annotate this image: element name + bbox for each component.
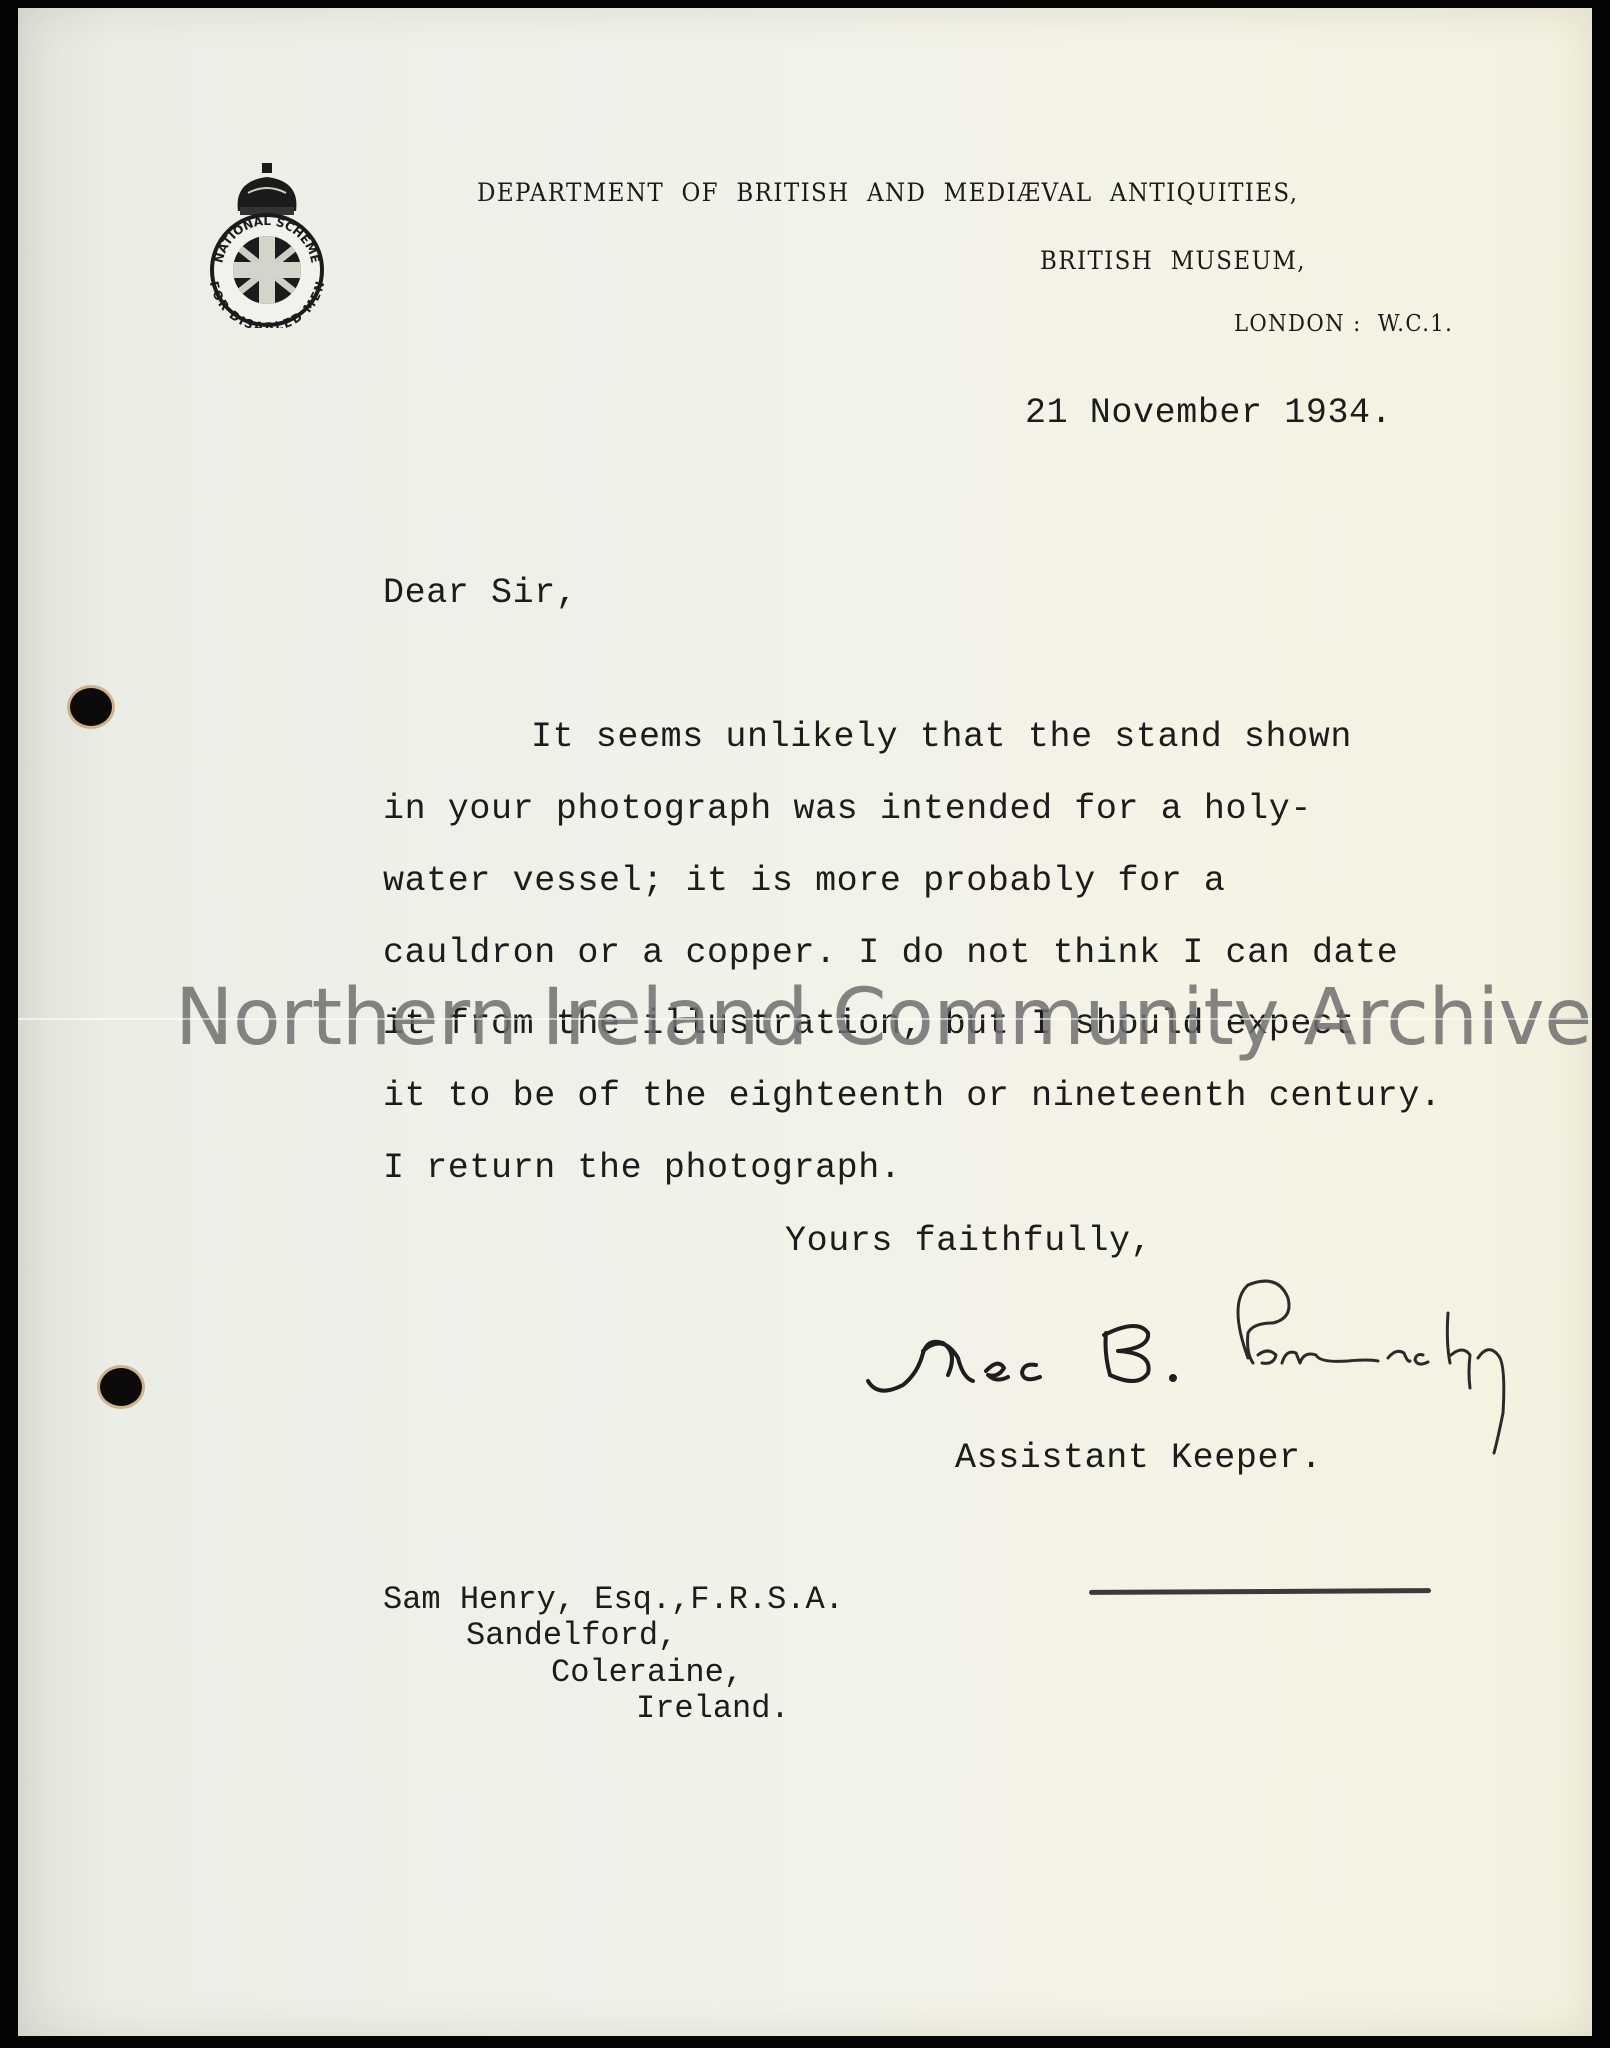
letter-paper: NATIONAL SCHEME FOR DISABLED MEN DEPARTM… [18,8,1592,2036]
recipient-house: Sandelford, [466,1620,677,1652]
letterhead-department: DEPARTMENT OF BRITISH AND MEDIÆVAL ANTIQ… [477,178,1298,207]
archive-watermark: Northern Ireland Community Archive [175,973,1592,1063]
body-line: I return the photograph. [383,1151,901,1186]
signatory-title: Assistant Keeper. [955,1441,1322,1476]
letter-date: 21 November 1934. [1025,396,1392,431]
punch-hole-top [70,688,112,726]
body-line: water vessel; it is more probably for a [383,864,1226,899]
body-line: cauldron or a copper. I do not think I c… [383,936,1398,971]
recipient-town: Coleraine, [551,1657,743,1689]
recipient-name: Sam Henry, Esq.,F.R.S.A. [383,1584,844,1616]
recipient-country: Ireland. [636,1693,790,1725]
closing: Yours faithfully, [785,1224,1152,1259]
letterhead-museum: BRITISH MUSEUM, [1040,246,1306,275]
body-line: It seems unlikely that the stand shown [531,720,1352,755]
body-line: it to be of the eighteenth or nineteenth… [383,1079,1442,1114]
punch-hole-bottom [100,1368,142,1406]
letterhead-address: LONDON : W.C.1. [1234,311,1453,337]
body-line: in your photograph was intended for a ho… [383,792,1312,827]
salutation: Dear Sir, [383,576,577,611]
crown-icon [238,163,297,215]
ink-underline [1089,1588,1431,1595]
national-scheme-badge-icon: NATIONAL SCHEME FOR DISABLED MEN [208,163,326,328]
